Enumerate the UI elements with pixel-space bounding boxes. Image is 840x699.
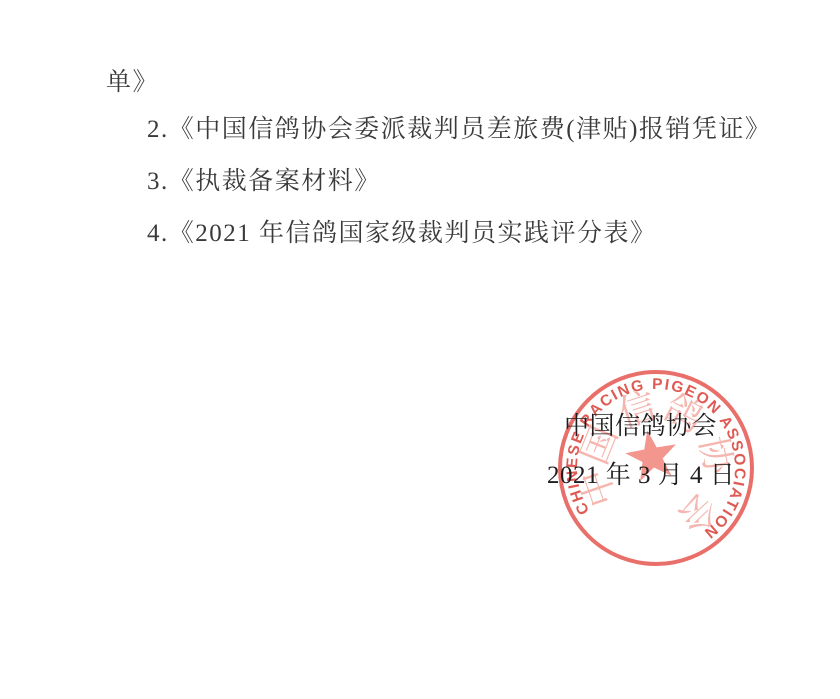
doc-text-line-item-4: 4.《2021 年信鸽国家级裁判员实践评分表》 [147, 219, 657, 249]
signature-org-name: 中国信鸽协会 [564, 413, 717, 441]
doc-text-line-item-3: 3.《执裁备案材料》 [147, 167, 381, 197]
doc-text-line-continuation: 单》 [106, 68, 159, 98]
scanned-document-page: 单》 2.《中国信鸽协会委派裁判员差旅费(津贴)报销凭证》 3.《执裁备案材料》… [0, 0, 840, 699]
signature-date: 2021 年 3 月 4 日 [547, 462, 735, 490]
doc-text-line-item-2: 2.《中国信鸽协会委派裁判员差旅费(津贴)报销凭证》 [147, 115, 771, 145]
